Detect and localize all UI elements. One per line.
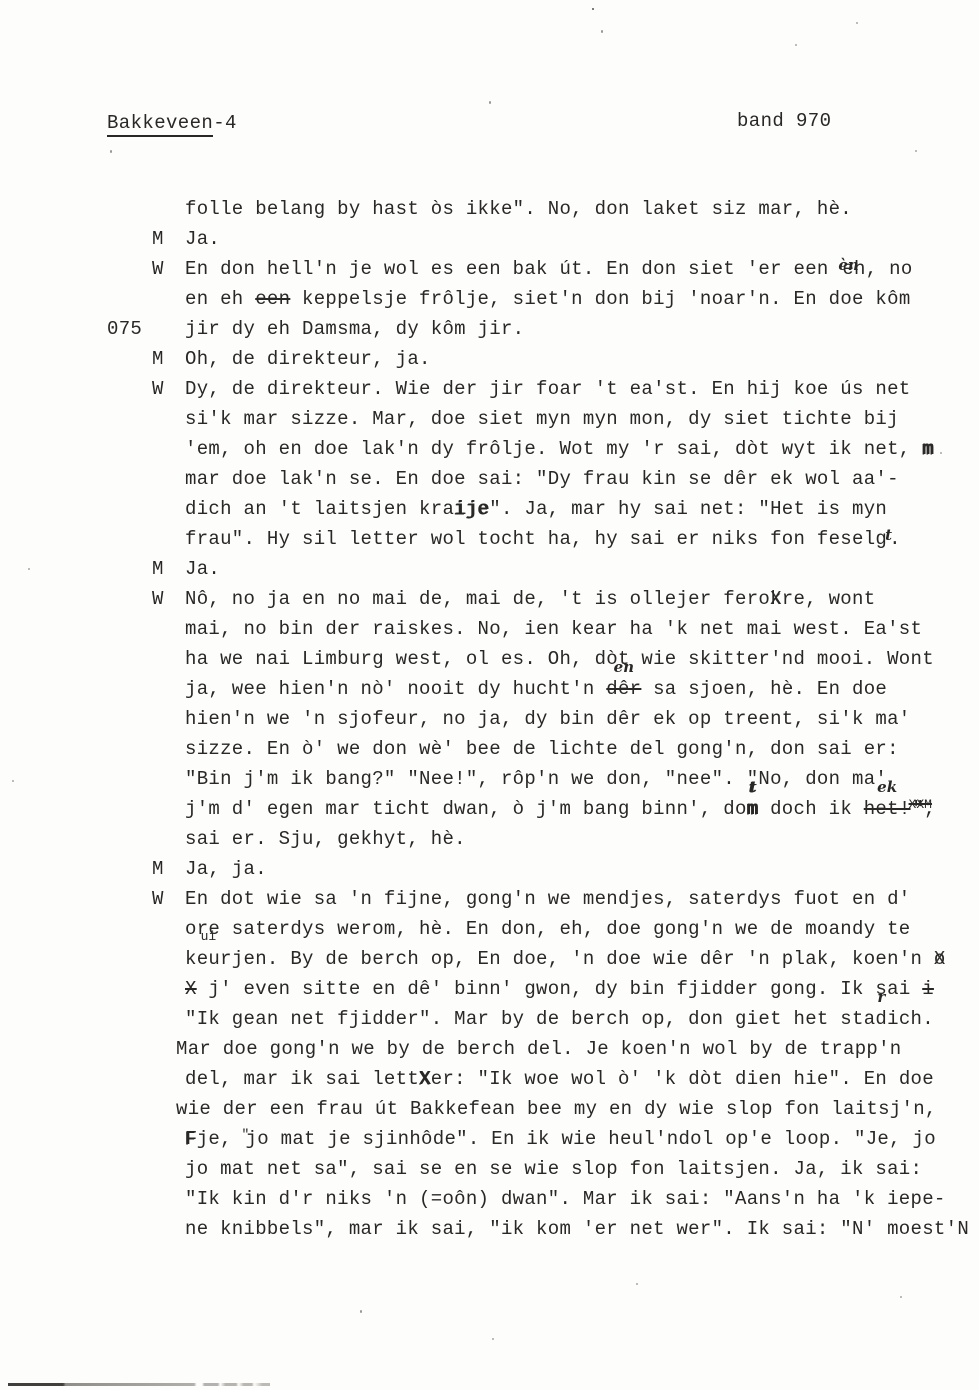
line-text: ore saterdys werom, hè. En don, eh, doe … bbox=[185, 918, 911, 940]
transcript-line: del, mar ik sai lettXer: "Ik woe wol ò' … bbox=[152, 1064, 952, 1094]
text-segment: ne knibbels", mar ik sai, "ik kom 'er ne… bbox=[185, 1218, 969, 1240]
text-segment: mt bbox=[747, 794, 759, 824]
text-segment: Oh, de direkteur, ja. bbox=[185, 348, 431, 370]
text-segment: Mar doe gong'n we by de berch del. Je ko… bbox=[176, 1038, 902, 1060]
text-segment: X bbox=[419, 1068, 431, 1090]
text-segment: ich. bbox=[887, 1008, 934, 1030]
transcript-line: MJa, ja. bbox=[152, 854, 952, 884]
text-segment: frau". Hy sil letter wol tocht ha, hy sa… bbox=[185, 528, 887, 550]
line-text: sizze. En ò' we don wè' bee de lichte de… bbox=[185, 738, 899, 760]
transcript-line: ore saterdys werom, hè. En don, eh, doe … bbox=[152, 914, 952, 944]
transcript-line: "Ik kin d'r niks 'n (=oôn) dwan". Mar ik… bbox=[152, 1184, 952, 1214]
line-text: keuuirjen. By de berch op, En doe, 'n do… bbox=[185, 948, 946, 970]
text-segment: er: "Ik woe wol ò' 'k dòt dien hie". En … bbox=[431, 1068, 934, 1090]
band-reference: band 970 bbox=[737, 110, 831, 132]
transcript-line: hien'n we 'n sjofeur, no ja, dy bin dêr … bbox=[152, 704, 952, 734]
text-segment: ". Ja, mar hy sai net: "Het is myn bbox=[489, 498, 887, 520]
typed-correction: ui bbox=[201, 930, 217, 943]
line-text: hien'n we 'n sjofeur, no ja, dy bin dêr … bbox=[185, 708, 911, 730]
text-segment: folle belang by hast òs ikke". No, don l… bbox=[185, 198, 852, 220]
transcript-line: MJa. bbox=[152, 224, 952, 254]
line-text: ne knibbels", mar ik sai, "ik kom 'er ne… bbox=[185, 1218, 969, 1240]
handwritten-correction: ek bbox=[877, 780, 897, 794]
transcript-line: folle belang by hast òs ikke". No, don l… bbox=[152, 194, 952, 224]
text-segment: ije bbox=[454, 498, 489, 520]
line-text: wie der een frau út Bakkefean bee my en … bbox=[176, 1098, 937, 1120]
text-segment: En don hell'n je wol es een bak út. En d… bbox=[185, 258, 840, 280]
page-title-suffix: -4 bbox=[213, 112, 237, 134]
transcript-line: MOh, de direkteur, ja. bbox=[152, 344, 952, 374]
transcript-line: 075jir dy eh Damsma, dy kôm jir. bbox=[152, 314, 952, 344]
text-segment: ha we nai Limburg west, ol es. Oh, dòt w… bbox=[185, 648, 934, 670]
transcript-line: keuuirjen. By de berch op, En doe, 'n do… bbox=[152, 944, 952, 974]
text-segment: rjen. By de berch op, En doe, 'n doe wie… bbox=[220, 948, 934, 970]
transcript-line: dich an 't laitsjen kraije". Ja, mar hy … bbox=[152, 494, 952, 524]
speaker-label: W bbox=[152, 254, 185, 284]
transcript-line: mai, no bin der raiskes. No, ien kear ha… bbox=[152, 614, 952, 644]
transcript-line: WEn dot wie sa 'n fijne, gong'n we mendj… bbox=[152, 884, 952, 914]
text-segment: doch ik bbox=[758, 798, 863, 820]
text-segment: Ja. bbox=[185, 558, 220, 580]
page-title: Bakkeveen-4 bbox=[107, 112, 237, 134]
text-segment: jo mat net sa", sai se en se wie slop fo… bbox=[185, 1158, 922, 1180]
line-text: mar doe lak'n se. En doe sai: "Dy frau k… bbox=[185, 468, 899, 490]
transcript-line: si'k mar sizze. Mar, doe siet myn myn mo… bbox=[152, 404, 952, 434]
text-segment: wie der een frau út Bakkefean bee my en … bbox=[176, 1098, 937, 1120]
text-segment: En dot wie sa 'n fijne, gong'n we mendje… bbox=[185, 888, 911, 910]
transcript-line: sai er. Sju, gekhyt, hè. bbox=[152, 824, 952, 854]
speaker-label: W bbox=[152, 884, 185, 914]
line-text: jir dy eh Damsma, dy kôm jir. bbox=[185, 318, 524, 340]
handwritten-correction: en bbox=[614, 660, 634, 674]
transcript-line: Fje, "jo mat je sjinhôde". En ik wie heu… bbox=[152, 1124, 952, 1154]
transcript-line: wie der een frau út Bakkefean bee my en … bbox=[143, 1094, 952, 1124]
transcript-line: X j' even sitte en dê' binn' gwon, dy bi… bbox=[152, 974, 952, 1004]
speaker-label: W bbox=[152, 374, 185, 404]
speaker-label: W bbox=[152, 584, 185, 614]
line-text: "Bin j'm ik bang?" "Nee!", rôp'n we don,… bbox=[185, 768, 887, 790]
margin-line-number: 075 bbox=[107, 314, 142, 344]
line-text: en eh een keppelsje frôlje, siet'n don b… bbox=[185, 288, 911, 310]
transcript-line: ja, wee hien'n nò' nooit dy hucht'n dêre… bbox=[152, 674, 952, 704]
text-segment: 'em, oh en doe lak'n dy frôlje. Wot my '… bbox=[185, 438, 922, 460]
text-segment: j' even sitte en dê' binn' gwon, dy bin … bbox=[197, 978, 923, 1000]
text-segment: hien'n we 'n sjofeur, no ja, dy bin dêr … bbox=[185, 708, 911, 730]
line-text: Oh, de direkteur, ja. bbox=[185, 348, 431, 370]
text-segment: m bbox=[922, 438, 934, 460]
line-text: "Ik kin d'r niks 'n (=oôn) dwan". Mar ik… bbox=[185, 1188, 946, 1210]
line-text: "Ik gean net fjidder". Mar by de berch o… bbox=[185, 1008, 934, 1030]
text-segment: Ja, ja. bbox=[185, 858, 267, 880]
struck-text: het!ek bbox=[864, 794, 911, 824]
speaker-label: M bbox=[152, 554, 185, 584]
text-segment: del, mar ik sai lett bbox=[185, 1068, 419, 1090]
text-segment: mai, no bin der raiskes. No, ien kear ha… bbox=[185, 618, 922, 640]
text-segment: sa sjoen, hè. En doe bbox=[641, 678, 887, 700]
speaker-label: M bbox=[152, 224, 185, 254]
struck-text: X bbox=[185, 978, 197, 1000]
transcript-line: ha we nai Limburg west, ol es. Oh, dòt w… bbox=[152, 644, 952, 674]
document-page: Bakkeveen-4 band 970 folle belang by has… bbox=[0, 0, 979, 1390]
transcript-line: ne knibbels", mar ik sai, "ik kom 'er ne… bbox=[152, 1214, 952, 1244]
text-segment: en eh bbox=[185, 288, 255, 310]
text-segment: ja, wee hien'n nò' nooit dy hucht'n bbox=[185, 678, 606, 700]
text-segment: mar doe lak'n se. En doe sai: "Dy frau k… bbox=[185, 468, 899, 490]
handwritten-correction: t bbox=[749, 780, 756, 794]
text-segment: sai er. Sju, gekhyt, hè. bbox=[185, 828, 466, 850]
transcript-line: Mar doe gong'n we by de berch del. Je ko… bbox=[143, 1034, 952, 1064]
overstrike-mark: X bbox=[770, 584, 782, 614]
text-segment: Dy, de direkteur. Wie der jir foar 't ea… bbox=[185, 378, 911, 400]
line-text: Dy, de direkteur. Wie der jir foar 't ea… bbox=[185, 378, 911, 400]
page-title-underlined: Bakkeveen bbox=[107, 112, 213, 137]
text-segment: eh, no bbox=[842, 258, 912, 280]
struck-text: dêren bbox=[606, 674, 641, 704]
line-text: Mar doe gong'n we by de berch del. Je ko… bbox=[176, 1038, 902, 1060]
transcript-line: mar doe lak'n se. En doe sai: "Dy frau k… bbox=[152, 464, 952, 494]
line-text: Fje, "jo mat je sjinhôde". En ik wie heu… bbox=[185, 1128, 936, 1150]
text-segment: jir dy eh Damsma, dy kôm jir. bbox=[185, 318, 524, 340]
scan-artifact-line bbox=[8, 1383, 270, 1386]
text-segment: jo mat je sjinhôde". En ik wie heul'ndol… bbox=[246, 1128, 936, 1150]
text-segment: re, wont bbox=[782, 588, 876, 610]
line-text: mai, no bin der raiskes. No, ien kear ha… bbox=[185, 618, 922, 640]
text-segment: j'm d' egen mar ticht dwan, ò j'm bang b… bbox=[185, 798, 747, 820]
text-segment: "Ik kin d'r niks 'n (=oôn) dwan". Mar ik… bbox=[185, 1188, 946, 1210]
text-segment: Ja. bbox=[185, 228, 220, 250]
text-segment: si'k mar sizze. Mar, doe siet myn myn mo… bbox=[185, 408, 899, 430]
text-segment: "Bin j'm ik bang?" "Nee!", rôp'n we don,… bbox=[185, 768, 887, 790]
transcript-line: j'm d' egen mar ticht dwan, ò j'm bang b… bbox=[152, 794, 952, 824]
line-text: Ja, ja. bbox=[185, 858, 267, 880]
transcript-body: folle belang by hast òs ikke". No, don l… bbox=[152, 194, 952, 1244]
speaker-label: M bbox=[152, 344, 185, 374]
text-segment: . bbox=[889, 528, 901, 550]
text-segment: k bbox=[185, 948, 197, 970]
text-segment: euui bbox=[197, 944, 220, 974]
line-text: j'm d' egen mar ticht dwan, ò j'm bang b… bbox=[185, 798, 936, 820]
line-text: 'em, oh en doe lak'n dy frôlje. Wot my '… bbox=[185, 438, 934, 460]
struck-text: een bbox=[255, 288, 290, 310]
line-text: sai er. Sju, gekhyt, hè. bbox=[185, 828, 466, 850]
text-segment: oX bbox=[934, 944, 946, 974]
line-text: si'k mar sizze. Mar, doe siet myn myn mo… bbox=[185, 408, 899, 430]
line-text: En don hell'n je wol es een bak út. En d… bbox=[185, 258, 913, 280]
line-text: folle belang by hast òs ikke". No, don l… bbox=[185, 198, 852, 220]
text-segment: kX bbox=[770, 584, 782, 614]
transcript-line: WEn don hell'n je wol es een bak út. En … bbox=[152, 254, 952, 284]
transcript-line: WDy, de direkteur. Wie der jir foar 't e… bbox=[152, 374, 952, 404]
line-text: En dot wie sa 'n fijne, gong'n we mendje… bbox=[185, 888, 911, 910]
line-text: ja, wee hien'n nò' nooit dy hucht'n dêre… bbox=[185, 678, 887, 700]
transcript-line: jo mat net sa", sai se en se wie slop fo… bbox=[152, 1154, 952, 1184]
text-segment: dr bbox=[875, 1004, 887, 1034]
text-segment: je, bbox=[197, 1128, 244, 1150]
struck-text: i bbox=[922, 978, 934, 1000]
transcript-line: 'em, oh en doe lak'n dy frôlje. Wot my '… bbox=[152, 434, 952, 464]
handwritten-correction: r bbox=[877, 990, 885, 1004]
transcript-line: frau". Hy sil letter wol tocht ha, hy sa… bbox=[152, 524, 952, 554]
line-text: dich an 't laitsjen kraije". Ja, mar hy … bbox=[185, 498, 887, 520]
transcript-line: WNô, no ja en no mai de, mai de, 't is o… bbox=[152, 584, 952, 614]
line-text: del, mar ik sai lettXer: "Ik woe wol ò' … bbox=[185, 1068, 934, 1090]
transcript-line: en eh een keppelsje frôlje, siet'n don b… bbox=[152, 284, 952, 314]
text-segment: dich an 't laitsjen kra bbox=[185, 498, 454, 520]
text-segment: "Ik gean net fjidder". Mar by de berch o… bbox=[185, 1008, 875, 1030]
text-segment: sizze. En ò' we don wè' bee de lichte de… bbox=[185, 738, 899, 760]
text-segment: ", bbox=[913, 798, 936, 820]
line-text: Ja. bbox=[185, 228, 220, 250]
line-text: ha we nai Limburg west, ol es. Oh, dòt w… bbox=[185, 648, 934, 670]
line-text: X j' even sitte en dê' binn' gwon, dy bi… bbox=[185, 978, 934, 1000]
transcript-line: MJa. bbox=[152, 554, 952, 584]
speaker-label: M bbox=[152, 854, 185, 884]
text-segment: keppelsje frôlje, siet'n don bij 'noar'n… bbox=[290, 288, 910, 310]
line-text: jo mat net sa", sai se en se wie slop fo… bbox=[185, 1158, 922, 1180]
overstrike-mark: X bbox=[934, 944, 946, 974]
transcript-line: sizze. En ò' we don wè' bee de lichte de… bbox=[152, 734, 952, 764]
transcript-line: "Bin j'm ik bang?" "Nee!", rôp'n we don,… bbox=[152, 764, 952, 794]
line-text: Ja. bbox=[185, 558, 220, 580]
line-text: Nô, no ja en no mai de, mai de, 't is ol… bbox=[185, 588, 875, 610]
text-segment: Nô, no ja en no mai de, mai de, 't is ol… bbox=[185, 588, 770, 610]
text-segment: ore saterdys werom, hè. En don, eh, doe … bbox=[185, 918, 911, 940]
transcript-line: "Ik gean net fjidder". Mar by de berch o… bbox=[152, 1004, 952, 1034]
line-text: frau". Hy sil letter wol tocht ha, hy sa… bbox=[185, 528, 901, 550]
text-segment: F bbox=[185, 1128, 197, 1150]
